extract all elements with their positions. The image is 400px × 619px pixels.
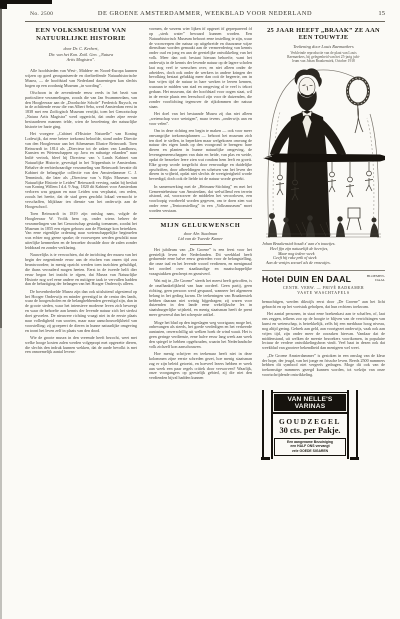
cartoon-caption: Johan Braakensiek houdt z' aan z'n touwt… [262,242,385,267]
cartoon-headline-line1: 25 JAAR HEEFT „BRAAK” ZE AAN [267,27,380,34]
section-byline: door Abr. Staalman Lid van de Tweede Kam… [149,231,252,242]
cartoon-caption-line: Aan de ventjes zoowel als de vrouwtjes. [266,261,385,266]
hotel-ad-features2: VASTE WASCHTAFELS [262,291,385,295]
article-paragraph: „De Groene Amsterdammer” is gestoken in … [262,354,385,378]
article-title: EEN VOLKSMUSEUM VAN NATUURLIJKE HISTORIE [25,27,137,42]
van-nelle-slogan-line: vele GOEDE SIGAREN [275,449,345,453]
article-paragraph: Nauwelijks is te verwachten, dat de inri… [25,253,137,287]
header-rule [25,21,385,22]
article-paragraph: Het doel van het bestaande Musea zij dus… [149,112,252,127]
article-paragraph: Wat mij in „De Groene” steeds het meest … [149,279,252,318]
section-heading: MIJN GELUKWENSCH [149,222,252,229]
van-nelle-ad: VAN NELLE'S VARINAS GOUDZEGEL 30 cts. pe… [262,390,358,459]
article-paragraph: vormen, de wezens wier lijken òf opgezet… [149,27,252,109]
left-column: EEN VOLKSMUSEUM VAN NATUURLIJKE HISTORIE… [25,27,137,358]
van-nelle-brand: VAN NELLE'S VARINAS [273,393,348,412]
middle-column: vormen, de wezens wier lijken òf opgezet… [149,27,252,384]
article-paragraph: Moge het blad op den ingeslagen weg voor… [149,321,252,350]
article-paragraph: De bovenbedoelde Musea zijn dan ook uits… [25,290,137,334]
van-nelle-product: GOUDZEGEL [262,417,358,426]
van-nelle-price: 30 cts. per Pakje. [262,426,358,435]
byline-role-line2: Artis Magistra”. [25,57,137,63]
article-title-line2: NATUURLIJKE HISTORIE [36,35,126,42]
newspaper-page: No. 2500 DE GROENE AMSTERDAMMER, WEEKBLA… [0,0,400,619]
article-paragraph: Het vroegere „Cabinet d'Histoire Naturel… [25,132,137,210]
hotel-ad-features: CENTR. VERW. — PRIVÉ BADKAMER [262,286,385,290]
article-paragraph: Hoe menig schrijver en teekenaar heeft n… [149,352,252,381]
cartoon-headline: 25 JAAR HEEFT „BRAAK” ZE AAN EEN TOUWTJE [262,27,385,42]
article-byline: door Dr. C. Kerbert, Dir. van het Kon. Z… [25,46,137,63]
hotel-ad: Hotel DUIN EN DAAL BLOEMEN- DAAL CENTR. … [262,274,385,295]
article-paragraph: Wie de groote musea in den vreemde heeft… [25,336,137,355]
jubilee-cartoon-illustration [262,66,385,240]
article-paragraph: Ofschoon in de zeventiende eeuw reeds in… [25,91,137,130]
masthead-title: DE GROENE AMSTERDAMMER, WEEKBLAD VOOR NE… [25,10,385,17]
article-paragraph: Toen Reinwardt in 1819 zijn ontslag nam,… [25,212,137,251]
section-divider-rule [149,218,252,219]
article-paragraph: Alle hoofdsteden van West-, Midden- en N… [25,69,137,88]
section-byline-role: Lid van de Tweede Kamer [149,236,252,242]
van-nelle-frame-foot-right [350,457,359,460]
right-column: 25 JAAR HEEFT „BRAAK” ZE AAN EEN TOUWTJE… [262,27,385,459]
ad-divider-rule [262,270,385,271]
van-nelle-frame-foot-left [261,457,270,460]
article-paragraph: bemachtigen, werden dikwijls eerst door … [262,300,385,310]
van-nelle-frame-right [347,390,358,459]
article-paragraph: In samenwerking met de „Heimans-Stichtin… [149,185,252,214]
cartoon-credit: Verkleinde reproductie van de plaat van … [262,51,385,64]
scan-artifact-left-edge-lower [0,328,2,619]
page-header: No. 2500 DE GROENE AMSTERDAMMER, WEEKBLA… [25,10,385,20]
hotel-ad-name: Hotel DUIN EN DAAL [262,274,351,284]
scan-artifact-left-edge [0,8,2,328]
cartoon-subtitle: Teekening door Louis Raemaekers [262,44,385,49]
article-paragraph: Om in deze richting een begin te maken —… [149,129,252,182]
cartoon-headline-line2: EEN TOUWTJE [299,34,349,41]
article-title-line1: EEN VOLKSMUSEUM VAN [36,27,127,34]
hotel-ad-location-line2: DAAL [375,278,385,282]
van-nelle-slogan-box: Een aangename Bezuiniging een HALF ONS v… [274,438,346,456]
van-nelle-banner: VAN NELLE'S VARINAS [271,392,349,414]
scan-artifact-top-edge [6,0,52,4]
article-paragraph: Het jubileum van „De Groene” is een fees… [149,248,252,277]
van-nelle-frame-left [262,390,273,459]
cartoon-credit-line3: leum van Johan Braakensiek, October 1918 [262,59,385,63]
article-paragraph: Het aantal personen, in staat eene boeke… [262,312,385,351]
byline-rule [190,244,212,245]
page-number: 15 [378,10,385,17]
hotel-ad-location: BLOEMEN- DAAL [367,275,385,283]
